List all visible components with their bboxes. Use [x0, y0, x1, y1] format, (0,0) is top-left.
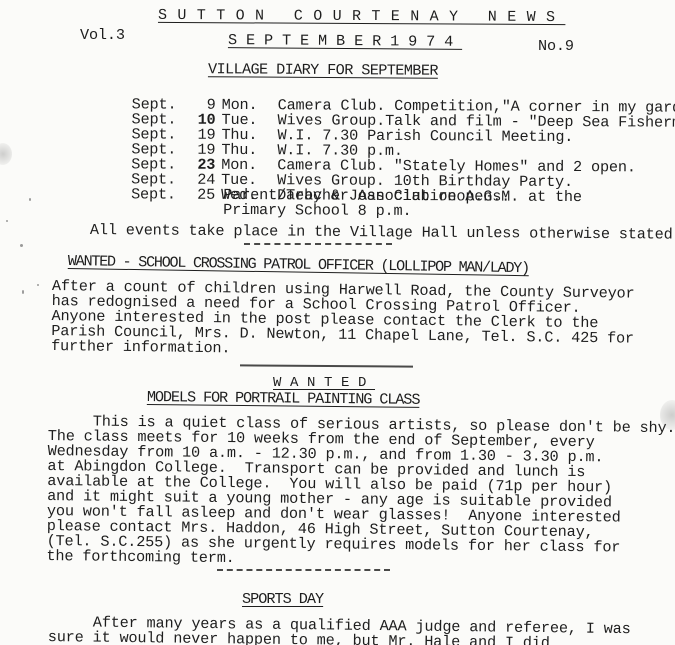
section-divider: [240, 364, 413, 367]
models-heading: MODELS FOR PORTRAIL PAINTING CLASS: [147, 389, 420, 408]
scan-speck: [6, 220, 8, 222]
entry-month: Sept.: [131, 186, 191, 202]
issue-date: SEPTEMBER1974: [228, 32, 462, 50]
diary-continuation: Primary School 8 p.m.: [223, 202, 411, 219]
body-line: further information.: [51, 338, 230, 356]
section-divider: [244, 243, 392, 245]
scan-speck: [20, 244, 23, 247]
volume-label: Vol.3: [80, 27, 125, 43]
scan-speck: [37, 284, 39, 286]
scan-smudge: [0, 143, 12, 165]
crossing-patrol-heading: WANTED - SCHOOL CROSSING PATROL OFFICER …: [68, 253, 529, 276]
sports-day-heading: SPORTS DAY: [242, 591, 323, 607]
diary-heading: VILLAGE DIARY FOR SEPTEMBER: [208, 61, 438, 79]
scan-speck: [22, 290, 24, 294]
body-line: the forthcoming term.: [46, 548, 234, 566]
issue-number: No.9: [538, 38, 574, 54]
entry-day: 25: [191, 187, 215, 203]
masthead-title: SUTTON COURTENAY NEWS: [158, 8, 566, 26]
diary-note: All events take place in the Village Hal…: [90, 222, 675, 243]
newsletter-page: SUTTON COURTENAY NEWS Vol.3 SEPTEMBER197…: [0, 0, 675, 645]
scan-speck: [29, 198, 31, 201]
section-divider: [217, 569, 390, 571]
